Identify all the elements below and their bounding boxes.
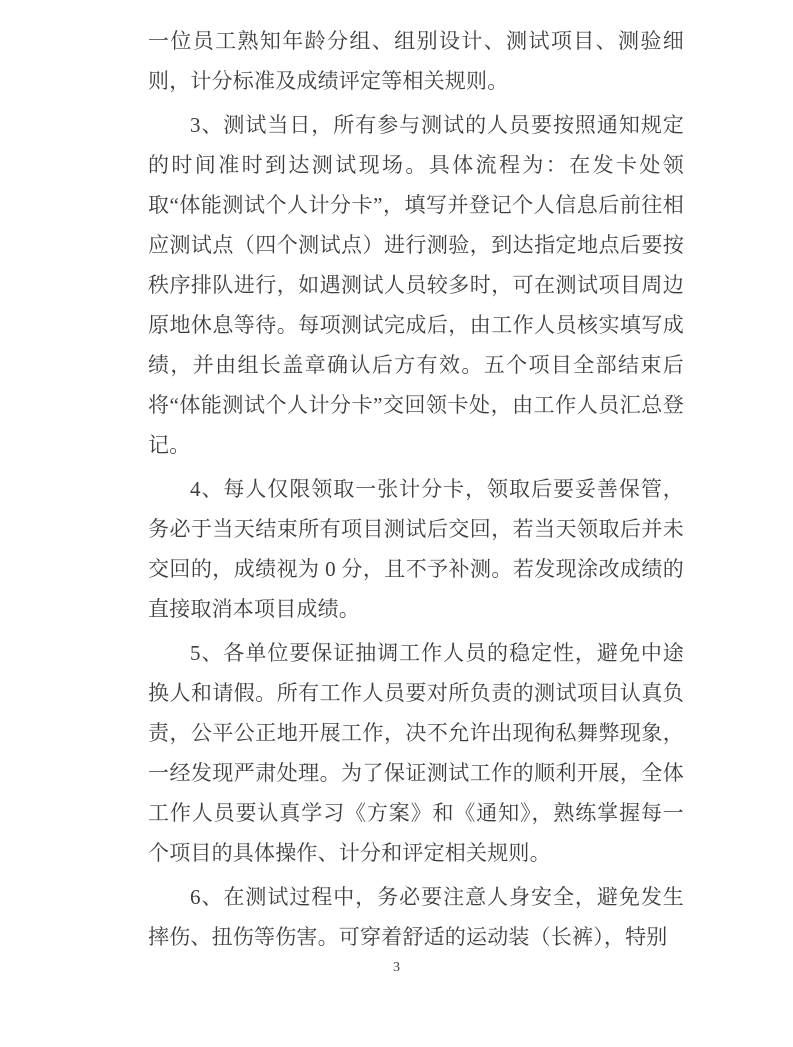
paragraph-continuation: 一位员工熟知年龄分组、组别设计、测试项目、测验细则，计分标准及成绩评定等相关规则… — [148, 21, 684, 101]
paragraph-item-3: 3、测试当日，所有参与测试的人员要按照通知规定的时间准时到达测试现场。具体流程为… — [148, 105, 684, 465]
paragraph-item-6: 6、在测试过程中，务必要注意人身安全，避免发生摔伤、扭伤等伤害。可穿着舒适的运动… — [148, 877, 684, 957]
document-page: 一位员工熟知年龄分组、组别设计、测试项目、测验细则，计分标准及成绩评定等相关规则… — [0, 0, 793, 1047]
paragraph-item-4: 4、每人仅限领取一张计分卡，领取后要妥善保管，务必于当天结束所有项目测试后交回，… — [148, 469, 684, 629]
document-body: 一位员工熟知年龄分组、组别设计、测试项目、测验细则，计分标准及成绩评定等相关规则… — [148, 21, 684, 957]
page-number: 3 — [393, 960, 400, 975]
paragraph-item-5: 5、各单位要保证抽调工作人员的稳定性，避免中途换人和请假。所有工作人员要对所负责… — [148, 633, 684, 873]
page-footer: 3 — [0, 959, 793, 977]
